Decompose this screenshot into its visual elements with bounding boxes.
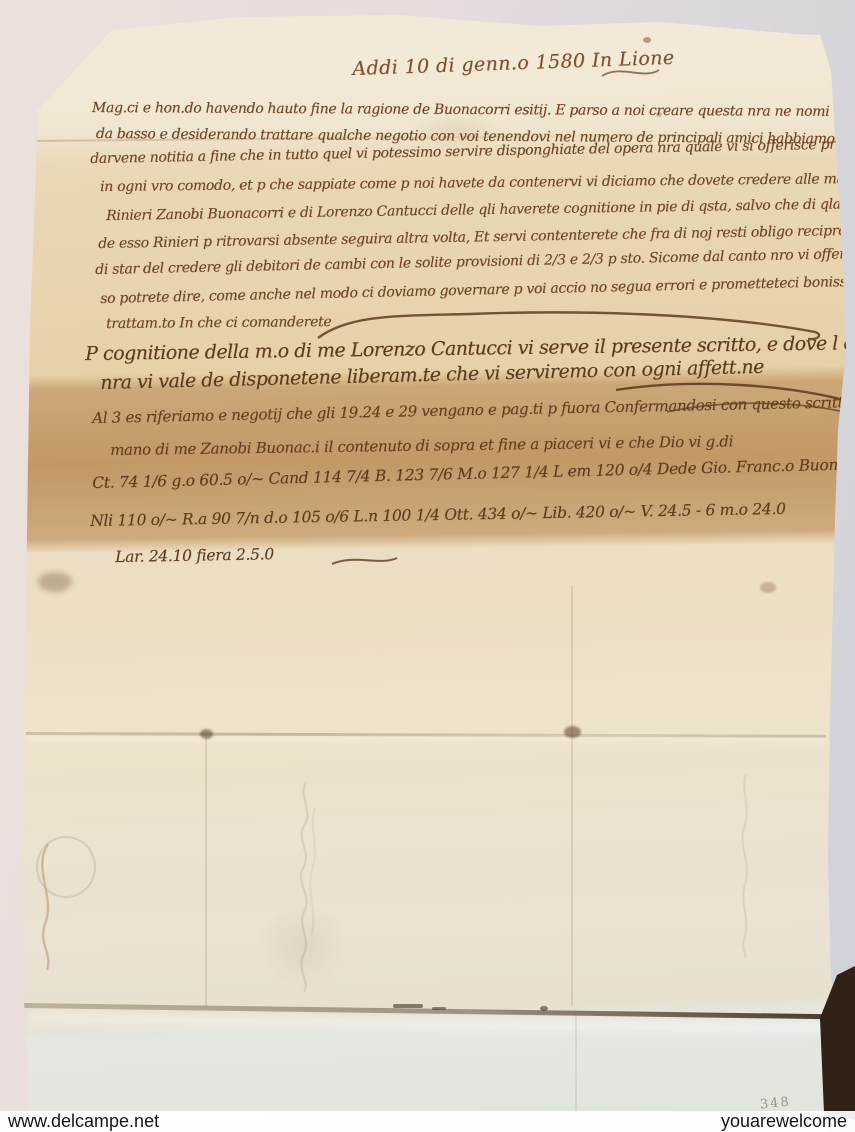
- letter-body-line: trattam.to In che ci comanderete: [106, 314, 331, 332]
- fold-crease-middle-highlight: [26, 735, 826, 743]
- watermark-bar: www.delcampe.net youarewelcome: [0, 1111, 855, 1132]
- paper-thread: [26, 840, 66, 975]
- vertical-crease-right: [571, 586, 573, 1006]
- edge-speck: [432, 1007, 446, 1010]
- quote-flourish: [330, 552, 400, 572]
- letter-body-line: Mag.ci e hon.do havendo hauto fine la ra…: [92, 100, 855, 120]
- ghost-blotch: [255, 905, 350, 990]
- edge-speck: [540, 1006, 548, 1011]
- edge-speck: [393, 1004, 423, 1008]
- stain: [38, 572, 72, 592]
- vertical-crease-left: [205, 735, 207, 1007]
- letter-paper: Addi 10 di genn.o 1580 In Lione Mag.ci e…: [0, 0, 855, 1132]
- exchange-quote-line: Lar. 24.10 fiera 2.5.0: [115, 545, 274, 566]
- photo-background: Addi 10 di genn.o 1580 In Lione Mag.ci e…: [0, 0, 855, 1132]
- stain: [643, 37, 651, 43]
- ghost-writing: [732, 770, 760, 960]
- fold-pinch-stain: [564, 726, 581, 738]
- watermark-seller: youarewelcome: [721, 1111, 847, 1132]
- watermark-site: www.delcampe.net: [8, 1111, 159, 1132]
- pencil-number: 348: [759, 1094, 791, 1112]
- stain: [760, 582, 776, 593]
- fold-pinch-stain: [200, 729, 213, 739]
- dateline-flourish: [600, 62, 662, 84]
